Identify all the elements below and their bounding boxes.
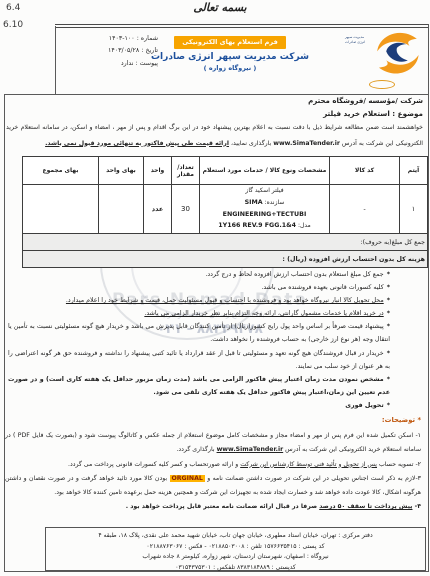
cell-unit-price — [99, 185, 144, 234]
cell-total-price — [23, 185, 99, 234]
term-item: *کلیه کسورات قانونی بعهده فروشنده می باش… — [8, 281, 390, 294]
simatender-url: www.SimaTender.ir — [273, 140, 340, 147]
company-logo: مدیریت سپهر انرژی صادرات — [343, 27, 425, 92]
company-name: شرکت مدیریت سپهر انرژی صادرات — [140, 52, 320, 62]
term-item: *در خرید اقلام یا خدمات مشمول گارانتی، ا… — [8, 307, 390, 320]
scanned-inquiry-form: { "annotations": { "code_top": "6.4", "c… — [0, 0, 430, 576]
simatender-url: www.SimaTender.ir — [217, 446, 284, 453]
note-number: ۳- — [415, 475, 421, 482]
sum-no-vat-label: هزینه کل بدون احتساب ارزش افزوده (ریال) … — [23, 251, 428, 268]
cell-description: فیلتر اسکید گاز سازنده: SIMA ENGINEERING… — [200, 185, 330, 234]
salutation-line: شرکت /مؤسسه /فروشگاه محترم — [6, 97, 423, 105]
plant-name: ( نیروگاه زواره ) — [140, 64, 320, 72]
col-spec: مشخصات ونوع کالا / خدمات مورد استعلام — [200, 157, 330, 185]
notes-title: * توضیحات: — [6, 416, 421, 424]
header-left-border — [55, 26, 56, 94]
orginal-highlight: ORGINAL — [170, 475, 205, 482]
note-text: و ارائه صورتحساب و کسر کلیه کسورات قانون… — [68, 461, 240, 468]
desc-maker-value: SIMA — [245, 199, 263, 206]
table-row: ۱ - فیلتر اسکید گاز سازنده: SIMA ENGINEE… — [23, 185, 428, 234]
note-text: تسویه حساب — [377, 461, 415, 468]
note-text-underlined: پس از تحویل و تأئید فنی توسط کارشناس این… — [240, 461, 377, 468]
footer-plant-postal-line: کدپستی : ۸۳۸۳۱۸۴۸۸۹ تلفکس : ۰۳۱۵۴۳۷۵۳۰۱ — [46, 563, 425, 574]
footer-plant-address-line: نیروگاه : اصفهان، شهرستان اردستان، شهر ز… — [46, 552, 425, 563]
note-item: ۲- تسویه حساب پس از تحویل و تأئید فنی تو… — [5, 458, 421, 472]
bullet-marker: * — [417, 416, 421, 424]
bullet-marker: * — [387, 310, 390, 317]
note-text: بارگذاری گردد. — [176, 446, 216, 453]
table-header-row: آیتم کد کالا مشخصات ونوع کالا / خدمات مو… — [23, 157, 428, 185]
footer-contact-box: دفتر مرکزی : تهران، خیابان استاد مطهری، … — [45, 527, 426, 571]
term-text: پیشنهاد قیمت صرفاً بر اساس واحد پول رایج… — [8, 323, 390, 343]
handwritten-code-bottom: 6.10 — [3, 20, 23, 30]
bullet-marker: * — [387, 350, 390, 357]
desc-maker-label: سازنده: — [265, 199, 285, 206]
note-text: صرفا در قبال ارائه ضمانت نامه معتبر قابل… — [126, 503, 319, 510]
intro-text-underlined: ارائه قیمت طی پیش فاکتور به تنهائی مورد … — [45, 140, 229, 147]
note-text: لازم به ذکر است اجناس تحویلی در این شرکت… — [205, 475, 416, 482]
meta-date-value: ۱۴۰۳/۰۵/۲۸ — [108, 45, 139, 57]
note-item: ۱- اسکن تکمیل شده این فرم پس از مهر و ام… — [5, 429, 421, 458]
term-text: در خرید اقلام یا خدمات مشمول گارانتی، ار… — [144, 310, 383, 317]
logo-caption: مدیریت سپهر انرژی صادرات — [345, 35, 373, 45]
bismillah-text: بسمه تعالی — [160, 1, 280, 14]
logo-caption-line1: مدیریت سپهر — [345, 35, 364, 39]
footer-postal-phone-line: کد پستی : ۱۵۷۶۶۳۵۴۱۵ تلفن : ۰۲۱۸۸۵۰۳۰۰۸ … — [46, 542, 425, 553]
note-number: ۴- — [415, 503, 421, 510]
bullet-marker: * — [387, 376, 390, 383]
intro-paragraph: خواهشمند است ضمن مطالعه شرایط ذیل با دقت… — [6, 120, 423, 151]
sum-no-vat-row: هزینه کل بدون احتساب ارزش افزوده (ریال) … — [23, 251, 428, 268]
term-item: *تحویل فوری — [8, 399, 390, 412]
meta-attachment-value: ندارد — [121, 60, 134, 67]
logo-oval-shape — [369, 80, 395, 89]
cell-qty: 30 — [172, 185, 200, 234]
bullet-marker: * — [387, 402, 390, 409]
note-number: ۱- — [415, 432, 421, 439]
cell-unit: عدد — [144, 185, 172, 234]
term-item: *جمع کل مبلغ استعلام بدون احتساب ارزش اف… — [8, 268, 390, 281]
note-number: ۲- — [415, 461, 421, 468]
handwritten-code-top: 6.4 — [6, 3, 20, 13]
terms-list: *جمع کل مبلغ استعلام بدون احتساب ارزش اف… — [8, 268, 390, 412]
term-text: مشخص نمودن مدت زمان اعتبار پیش فاکتور ال… — [8, 376, 390, 396]
col-unit-price: بهای واحد — [99, 157, 144, 185]
bullet-marker: * — [387, 271, 390, 278]
term-item: *محل تحویل کالا انبار نیروگاه خواهد بود … — [8, 294, 390, 307]
meta-number-value: ۱۴۰۳-۱۰۰ — [109, 33, 135, 45]
desc-maker: سازنده: SIMA — [202, 197, 327, 209]
inquiry-items-table: آیتم کد کالا مشخصات ونوع کالا / خدمات مو… — [22, 156, 428, 268]
form-type-badge: فرم استعلام بهای الکترونیکی — [174, 36, 286, 49]
sum-words-row: جمع کل مبلغ(به حروف): — [23, 234, 428, 251]
intro-text-mid: بارگذاری نمایید، — [229, 140, 273, 147]
col-qty: تعداد/ مقدار — [172, 157, 200, 185]
term-text: خریدار در قبال فروشندگان هیچ گونه تعهد و… — [8, 350, 390, 370]
cell-item-no: ۱ — [400, 185, 428, 234]
col-total-price: بهای مجموع — [23, 157, 99, 185]
notes-title-text: توضیحات: — [382, 416, 415, 424]
note-text-underlined: پیش پرداخت تا سقف ۵۰ درصد — [319, 503, 412, 510]
bullet-marker: * — [387, 284, 390, 291]
desc-title: فیلتر اسکید گاز — [202, 186, 327, 197]
cell-code: - — [330, 185, 400, 234]
col-code: کد کالا — [330, 157, 400, 185]
header-title-block: فرم استعلام بهای الکترونیکی شرکت مدیریت … — [140, 29, 320, 72]
bullet-marker: * — [387, 297, 390, 304]
col-unit: واحد — [144, 157, 172, 185]
sum-words-label: جمع کل مبلغ(به حروف): — [23, 234, 428, 251]
footer-address-line: دفتر مرکزی : تهران، خیابان استاد مطهری، … — [46, 531, 425, 542]
term-text: کلیه کسورات قانونی بعهده فروشنده می باشد… — [261, 284, 383, 291]
subject-line: موضوع : استعلام خرید فیلتر — [6, 109, 423, 118]
header-bottom-rule — [4, 94, 429, 95]
term-text: محل تحویل کالا انبار نیروگاه خواهد بود و… — [66, 297, 384, 304]
term-text: جمع کل مبلغ استعلام بدون احتساب ارزش افز… — [205, 271, 383, 278]
desc-maker-value-2: ENGINEERING+TECTUBI — [202, 209, 327, 220]
col-item: آیتم — [400, 157, 428, 185]
term-item: *پیشنهاد قیمت صرفاً بر اساس واحد پول رای… — [8, 320, 390, 346]
note-item: ۳-لازم به ذکر است اجناس تحویلی در این شر… — [5, 472, 421, 501]
desc-model: مدل: 1Y166 REV.9 FGG.1&4 — [202, 220, 327, 232]
desc-model-label: مدل: — [298, 222, 311, 229]
term-item: *خریدار در قبال فروشندگان هیچ گونه تعهد … — [8, 347, 390, 373]
note-item: ۴- پیش پرداخت تا سقف ۵۰ درصد صرفا در قبا… — [5, 500, 421, 514]
bullet-marker: * — [387, 323, 390, 330]
notes-list: ۱- اسکن تکمیل شده این فرم پس از مهر و ام… — [5, 429, 421, 515]
logo-caption-line2: انرژی صادرات — [345, 40, 365, 44]
desc-model-value: 1Y166 REV.9 FGG.1&4 — [218, 222, 296, 229]
term-text: تحویل فوری — [345, 402, 384, 409]
term-item: *مشخص نمودن مدت زمان اعتبار پیش فاکتور ا… — [8, 373, 390, 399]
logo-swirl-icon — [370, 28, 424, 82]
page-right-border — [428, 24, 429, 571]
